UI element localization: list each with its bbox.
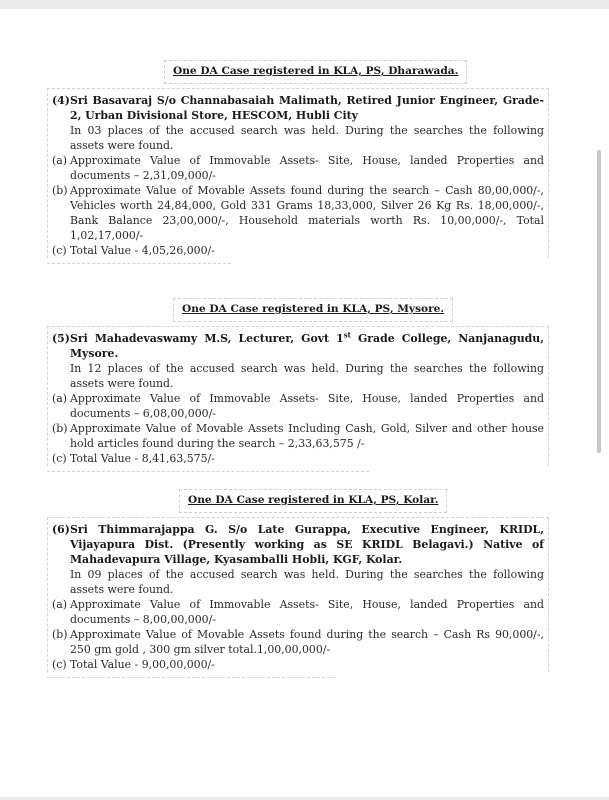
case-number: (5) — [52, 331, 70, 346]
item-label: (b) — [52, 627, 67, 642]
box-edge — [47, 677, 335, 678]
case-block-5: (5) Sri Mahadevaswamy M.S, Lecturer, Gov… — [47, 326, 549, 466]
search-summary: In 03 places of the accused search was h… — [48, 123, 548, 153]
item-text: Approximate Value of Movable Assets Incl… — [70, 422, 544, 450]
box-edge — [47, 263, 231, 264]
accused-name: Sri Thimmarajappa G. S/o Late Gurappa, E… — [70, 523, 544, 566]
accused-details: (4) Sri Basavaraj S/o Channabasaiah Mali… — [48, 93, 548, 123]
item-label: (c) — [52, 451, 67, 466]
item-label: (c) — [52, 657, 67, 672]
item-label: (b) — [52, 183, 67, 198]
case-heading-text: One DA Case registered in KLA, PS, Mysor… — [182, 303, 444, 315]
item-text: Approximate Value of Movable Assets foun… — [70, 628, 544, 656]
item-text: Total Value - 9,00,00,000/- — [70, 658, 215, 671]
viewer-top-bar — [0, 0, 609, 9]
case-number: (6) — [52, 522, 70, 537]
asset-item-immovable: (a) Approximate Value of Immovable Asset… — [48, 597, 548, 627]
item-label: (a) — [52, 597, 67, 612]
item-label: (a) — [52, 153, 67, 168]
accused-details: (5) Sri Mahadevaswamy M.S, Lecturer, Gov… — [48, 331, 548, 361]
asset-item-total: (c) Total Value - 4,05,26,000/- — [48, 243, 548, 258]
case-block-6: (6) Sri Thimmarajappa G. S/o Late Gurapp… — [47, 517, 549, 672]
search-summary: In 09 places of the accused search was h… — [48, 567, 548, 597]
item-text: Total Value - 8,41,63,575/- — [70, 452, 215, 465]
search-text: In 12 places of the accused search was h… — [70, 362, 544, 390]
search-summary: In 12 places of the accused search was h… — [48, 361, 548, 391]
item-label: (b) — [52, 421, 67, 436]
item-text: Approximate Value of Movable Assets foun… — [70, 184, 544, 242]
case-block-4: (4) Sri Basavaraj S/o Channabasaiah Mali… — [47, 88, 549, 258]
item-text: Approximate Value of Immovable Assets- S… — [70, 598, 544, 626]
case-heading-text: One DA Case registered in KLA, PS, Kolar… — [188, 494, 438, 506]
case-number: (4) — [52, 93, 70, 108]
accused-details: (6) Sri Thimmarajappa G. S/o Late Gurapp… — [48, 522, 548, 567]
item-text: Total Value - 4,05,26,000/- — [70, 244, 215, 257]
asset-item-movable: (b) Approximate Value of Movable Assets … — [48, 627, 548, 657]
item-text: Approximate Value of Immovable Assets- S… — [70, 392, 544, 420]
search-text: In 03 places of the accused search was h… — [70, 124, 544, 152]
case-heading-dharawada: One DA Case registered in KLA, PS, Dhara… — [164, 60, 467, 84]
asset-item-movable: (b) Approximate Value of Movable Assets … — [48, 421, 548, 451]
accused-name: Sri Basavaraj S/o Channabasaiah Malimath… — [70, 94, 544, 122]
asset-item-movable: (b) Approximate Value of Movable Assets … — [48, 183, 548, 243]
asset-item-immovable: (a) Approximate Value of Immovable Asset… — [48, 153, 548, 183]
asset-item-total: (c) Total Value - 9,00,00,000/- — [48, 657, 548, 672]
accused-name-pre: Sri Mahadevaswamy M.S, Lecturer, Govt 1 — [70, 332, 344, 345]
item-label: (a) — [52, 391, 67, 406]
accused-name-sup: st — [344, 330, 351, 339]
item-text: Approximate Value of Immovable Assets- S… — [70, 154, 544, 182]
case-heading-mysore: One DA Case registered in KLA, PS, Mysor… — [173, 298, 453, 322]
box-edge — [47, 471, 369, 472]
asset-item-total: (c) Total Value - 8,41,63,575/- — [48, 451, 548, 466]
search-text: In 09 places of the accused search was h… — [70, 568, 544, 596]
asset-item-immovable: (a) Approximate Value of Immovable Asset… — [48, 391, 548, 421]
case-heading-text: One DA Case registered in KLA, PS, Dhara… — [173, 65, 458, 77]
vertical-scrollbar-thumb[interactable] — [597, 150, 601, 453]
case-heading-kolar: One DA Case registered in KLA, PS, Kolar… — [179, 489, 447, 513]
item-label: (c) — [52, 243, 67, 258]
